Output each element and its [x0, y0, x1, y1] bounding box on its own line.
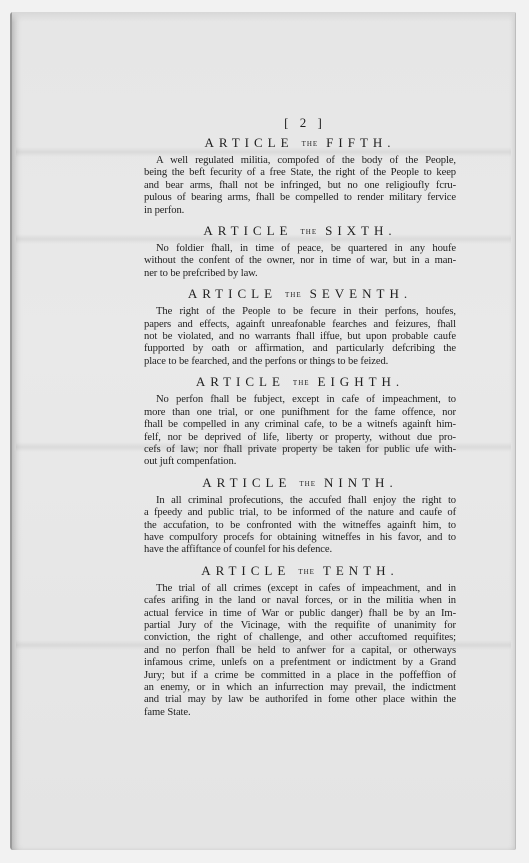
text-line: papers and effects, againft unreafonable…: [144, 319, 456, 331]
text-line: and bear arms, fhall not be infringed, b…: [144, 180, 456, 192]
article-heading: ARTICLETHEFIFTH.: [144, 135, 456, 151]
text-line: No perfon fhall be fubject, except in ca…: [144, 394, 456, 406]
heading-article-word: ARTICLE: [201, 563, 290, 578]
heading-ordinal: TENTH.: [323, 563, 399, 578]
article-eighth: ARTICLETHEEIGHTH. No perfon fhall be fub…: [144, 374, 456, 468]
article-tenth: ARTICLETHETENTH. The trial of all crimes…: [144, 563, 456, 719]
text-line: fhall be compelled in any criminal cafe,…: [144, 419, 456, 431]
text-line: a fpeedy and public trial, to be informe…: [144, 507, 456, 519]
heading-ordinal: FIFTH.: [326, 135, 395, 150]
heading-article-word: ARTICLE: [188, 286, 277, 301]
article-heading: ARTICLETHESIXTH.: [144, 223, 456, 239]
heading-the-word: THE: [302, 140, 319, 148]
text-line: ner to be prefcribed by law.: [144, 268, 456, 280]
heading-ordinal: SEVENTH.: [310, 286, 412, 301]
article-seventh: ARTICLETHESEVENTH. The right of the Peop…: [144, 286, 456, 368]
heading-the-word: THE: [299, 480, 316, 488]
article-ninth: ARTICLETHENINTH. In all criminal profecu…: [144, 475, 456, 557]
text-line: cafes arifing in the land or naval force…: [144, 595, 456, 607]
heading-ordinal: NINTH.: [324, 475, 398, 490]
text-line: the accufation, to be confronted with th…: [144, 520, 456, 532]
article-text: No perfon fhall be fubject, except in ca…: [144, 394, 456, 468]
article-text: No foldier fhall, in time of peace, be q…: [144, 243, 456, 280]
heading-article-word: ARTICLE: [203, 223, 292, 238]
text-line: an enemy, or in which an infurrection ma…: [144, 682, 456, 694]
text-line: partial Jury of the Vicinage, with the r…: [144, 620, 456, 632]
text-line: place to be fearched, and the perfons or…: [144, 356, 456, 368]
heading-the-word: THE: [300, 228, 317, 236]
text-line: A well regulated militia, compofed of th…: [144, 155, 456, 167]
article-text: In all criminal profecutions, the accufe…: [144, 495, 456, 557]
text-line: felf, nor be deprived of life, liberty o…: [144, 432, 456, 444]
text-line: without the confent of the owner, nor in…: [144, 255, 456, 267]
text-line: actual fervice in time of War or public …: [144, 608, 456, 620]
text-line: fame State.: [144, 707, 456, 719]
text-line: pulous of bearing arms, fhall be compell…: [144, 192, 456, 204]
heading-the-word: THE: [298, 568, 315, 576]
article-text: The right of the People to be fecure in …: [144, 306, 456, 368]
article-heading: ARTICLETHEEIGHTH.: [144, 374, 456, 390]
text-line: No foldier fhall, in time of peace, be q…: [144, 243, 456, 255]
article-text: The trial of all crimes (except in cafes…: [144, 583, 456, 719]
text-line: have compulfory procefs for obtaining wi…: [144, 532, 456, 544]
text-line: more than one trial, or one punifhment f…: [144, 407, 456, 419]
text-line: out juft compenfation.: [144, 456, 456, 468]
article-fifth: ARTICLETHEFIFTH. A well regulated militi…: [144, 135, 456, 217]
text-line: Jury; but if a crime be committed in a p…: [144, 670, 456, 682]
article-text: A well regulated militia, compofed of th…: [144, 155, 456, 217]
heading-article-word: ARTICLE: [196, 374, 285, 389]
article-sixth: ARTICLETHESIXTH. No foldier fhall, in ti…: [144, 223, 456, 280]
text-line: cefs of law; nor fhall private property …: [144, 444, 456, 456]
text-line: infamous crime, unlefs on a prefentment …: [144, 657, 456, 669]
heading-ordinal: SIXTH.: [325, 223, 397, 238]
text-line: The trial of all crimes (except in cafes…: [144, 583, 456, 595]
text-line: in perfon.: [144, 205, 456, 217]
document-content: [ 2 ] ARTICLETHEFIFTH. A well regulated …: [144, 115, 456, 725]
article-heading: ARTICLETHESEVENTH.: [144, 286, 456, 302]
text-line: and no perfon fhall be held to anfwer fo…: [144, 645, 456, 657]
heading-article-word: ARTICLE: [202, 475, 291, 490]
article-heading: ARTICLETHETENTH.: [144, 563, 456, 579]
heading-the-word: THE: [293, 379, 310, 387]
heading-ordinal: EIGHTH.: [318, 374, 405, 389]
text-line: have the affiftance of counfel for his d…: [144, 544, 456, 556]
text-line: In all criminal profecutions, the accufe…: [144, 495, 456, 507]
text-line: not be violated, and no warrants fhall i…: [144, 331, 456, 343]
text-line: fupported by oath or affirmation, and pa…: [144, 343, 456, 355]
heading-the-word: THE: [285, 291, 302, 299]
text-line: The right of the People to be fecure in …: [144, 306, 456, 318]
text-line: and trial may by law be authorifed in fo…: [144, 694, 456, 706]
text-line: conviction, the right of challenge, and …: [144, 632, 456, 644]
page-number: [ 2 ]: [144, 115, 456, 131]
heading-article-word: ARTICLE: [204, 135, 293, 150]
article-heading: ARTICLETHENINTH.: [144, 475, 456, 491]
text-line: being the beft fecurity of a free State,…: [144, 167, 456, 179]
